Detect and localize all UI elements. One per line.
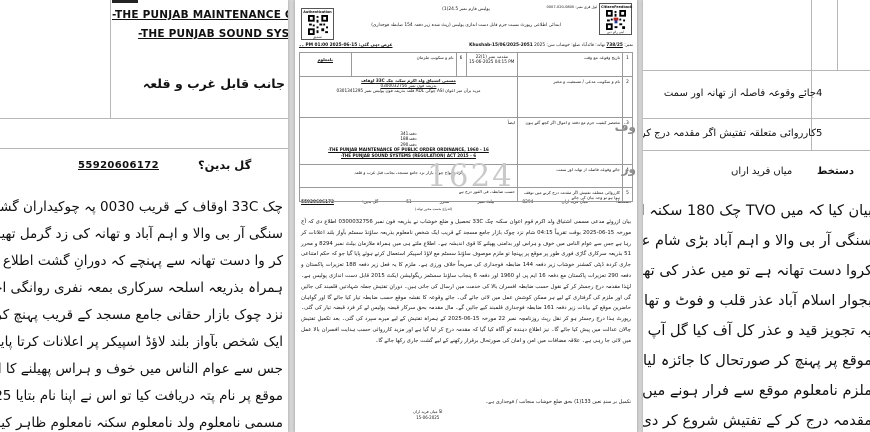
ditto-mark: ایضاً: [508, 120, 515, 125]
citizen-feedback-caption: اپنی رائے دیں: [601, 30, 630, 34]
row-number: 4: [816, 88, 822, 99]
fir-narrative-paragraph: بیان ازروئے مدعی مسمی اشتیاق ولد اکرم قو…: [301, 217, 631, 347]
case-number: 738/25: [606, 43, 623, 48]
investigation-action-label: کارروائی متعلقہ تفتیش اگر مقدمہ درج کرنے…: [643, 128, 816, 139]
officer-name: میاں فرید اراں: [731, 166, 792, 177]
text-line: ہمراہ بذریعہ اسلحہ سرکاری بمعہ نفری روان…: [0, 275, 283, 302]
authentication-qr-icon: [308, 15, 328, 35]
place-of-occurrence-label: جائے وقوعہ فاصلہ از تھانہ اور سمت: [664, 88, 816, 99]
investigation-action-value: حسب ضابطہ، فی الفور درج ہے: [300, 188, 517, 201]
scanned-fir-document-view: { "acts": { "mpo": "-THE PUNJAB MAINTENA…: [0, 0, 870, 432]
center-document-page: Authentication تصدیق ٹول فری نمبر: 0800-…: [295, 0, 637, 432]
text-line: ایک شخص بآواز بلند لاؤڈ اسپیکر پر اعلانا…: [0, 329, 283, 356]
text-line: کروا دست تھانہ ہے تو میں عذر کی تھا کہ ح…: [643, 256, 870, 286]
text-line: بجوار اسلام آباد عذر قلب و فوٹ و تھانہ ر…: [643, 286, 870, 316]
row-label: کارروائی متعلقہ تفتیش اگر مقدمہ درج کرنے…: [517, 188, 622, 201]
row-1: 1 تاریخ وقوعہ مع وقت مقدمہ نمبر (1)22 15…: [467, 53, 633, 76]
right-document-page: 4 جائے وقوعہ فاصلہ از تھانہ اور سمت 5 کا…: [643, 0, 870, 432]
case-header-row: عرض دہی گئی: 15-06-2025 01:00 PM ۔۔ نمبر…: [299, 43, 633, 48]
citizen-feedback-qr-box: CitizenFeedback اپنی رائے دیں: [599, 3, 632, 35]
row-label: جائے وقوعہ فاصلہ از تھانہ اور سمت: [517, 165, 622, 187]
fir-narrative-lines: چک 33C اوقاف کے قریب 0030 پہ چوکیداران گ…: [0, 194, 283, 432]
text-line: کر وا دست تھانہ سے پہنچے کہ دورانِ گشت ا…: [0, 248, 283, 275]
citizen-feedback-qr-icon: [606, 10, 626, 30]
fir-form-table: 1 تاریخ وقوعہ مع وقت مقدمہ نمبر (1)22 15…: [299, 52, 633, 202]
table-row: 3 مختصر کیفیت جرم مع دفعہ و اموال اگر کچ…: [300, 118, 632, 165]
table-row: 4 جائے وقوعہ فاصلہ از تھانہ اور سمت گرد …: [300, 165, 632, 188]
table-row: 1 تاریخ وقوعہ مع وقت مقدمہ نمبر (1)22 15…: [300, 53, 632, 77]
fir-narrative-lines: بیان کیا کہ میں TVO چک 180 سکنہ اشتہاب ک…: [643, 196, 870, 432]
signature-block: میاں فرید اراں SI 15-06-2025: [413, 409, 442, 421]
left-document-page: -THE PUNJAB MAINTENANCE OF PUBLIC ORDER …: [0, 0, 288, 432]
table-row: 5 کارروائی متعلقہ تفتیش اگر مقدمہ درج کر…: [300, 188, 632, 201]
text-line: مقدمہ درج کر کے تفتیش شروع کر دی گئی ہے …: [643, 406, 870, 432]
row-6: 6 نام و سکونتِ ملزمان نامعلوم: [300, 53, 467, 76]
text-line: یہ تجویز قید و عذر کل آف کیا گل آپ نو تج…: [643, 316, 870, 346]
complainant-details: مسمی اشتیاق ولد اکرم سکنہ چک 33C اوقاف ب…: [300, 77, 517, 117]
row-label: نام و سکونتِ ملزمان: [351, 53, 456, 76]
barcode-number: 55920606172: [78, 160, 159, 171]
table-border: [0, 148, 288, 149]
text-line: بیان کیا کہ میں TVO چک 180 سکنہ اشتہاب ک…: [643, 196, 870, 226]
signing-date: 15-06-2025: [413, 415, 442, 421]
row-number: 2: [622, 77, 632, 117]
table-border: [643, 70, 870, 71]
report-datetime-value: 15-06-2025 04:15 PM: [469, 59, 516, 64]
acts-section: -THE PUNJAB MAINTENANCE OF PUBLIC ORDER …: [112, 6, 288, 44]
text-line: موقع پر پہنچ کر صورتحال کا جائزہ لیا گیا…: [643, 346, 870, 376]
footer-note: (اندراج بدستِ محرر تھانہ): [415, 207, 452, 211]
form-number-line: پولیس فارم نمبر 24.5(1): [355, 7, 577, 12]
table-row: 2 نام و سکونت مدعی / مستغیث و مخبر مسمی …: [300, 77, 632, 118]
text-line: سنگی آر بی والا و اہم آباد و تھانہ کی زد…: [0, 221, 283, 248]
place-of-occurrence-value: گرد و نواح چوک بازار نزد جامع مسجد، بجان…: [300, 165, 517, 187]
row-number: 1: [622, 53, 632, 76]
text-line: نزد چوک بازار حقانی جامع مسجد کے قریب پہ…: [0, 302, 283, 329]
citizen-feedback-label: CitizenFeedback: [601, 5, 630, 10]
penal-sections: دفعہ341دفعہ188دفعہ290: [302, 131, 515, 147]
signoff-line: تکمیل بر سندِ تعین 133(1) بحق ضلع خوشاب …: [355, 399, 631, 405]
offence-details: ایضاً دفعہ341دفعہ188دفعہ290 -THE PUNJAB …: [300, 118, 517, 164]
page-bleed-mark: ور: [622, 162, 636, 176]
table-border: [837, 0, 838, 70]
row-number: 6: [456, 53, 466, 76]
table-border: [643, 150, 870, 151]
act-line-mpo: -THE PUNJAB MAINTENANCE OF PUBLIC ORDER …: [302, 147, 515, 153]
authentication-label: Authentication: [303, 10, 332, 15]
form-title-line: ابتدائی اطلاعی رپورٹ نسبت جرم قابل دست ا…: [335, 23, 597, 28]
authentication-qr-box: Authentication تصدیق: [301, 8, 334, 40]
case-ref-id: Khushab-15/06/2025-2051: [469, 43, 533, 48]
accused-unknown-value: نامعلوم: [300, 53, 351, 76]
page-bleed-mark: وف: [615, 120, 636, 134]
row-number: 5: [622, 188, 632, 201]
text-line: موقع پر نام پتہ دریافت کیا تو اس نے اپنا…: [0, 383, 283, 410]
text-line: سنگی آر بی والا و اہم آباد بڑی شام عذر ق…: [643, 226, 870, 256]
row-value: مقدمہ نمبر (1)22 15-06-2025 04:15 PM: [467, 53, 518, 76]
place-of-occurrence-fragment: جانب قابل غرب و قلعہ: [143, 76, 285, 91]
act-line-sound: -THE PUNJAB SOUND SYSTEMS (REGULATION) A…: [302, 153, 515, 159]
table-border: [110, 0, 111, 118]
text-line: چک 33C اوقاف کے قریب 0030 پہ چوکیداران گ…: [0, 194, 283, 221]
row-label: تاریخ وقوعہ مع وقت: [517, 53, 622, 76]
row-label: نام و سکونت مدعی / مستغیث و مخبر: [517, 77, 622, 117]
clerk-name: گل بدین؟: [198, 158, 251, 172]
station-district: تھانہ: قائدآباد ضلع: خوشاب سن: 2025: [534, 43, 605, 48]
complainant-extra: مزید برآں میر اعوان ASI چوکی ADL قلعہ بذ…: [302, 88, 515, 93]
row-number: 5: [816, 128, 822, 139]
row-label: مختصر کیفیت جرم مع دفعہ و اموال اگر کچھ …: [517, 118, 622, 164]
report-datetime: عرض دہی گئی: 15-06-2025 01:00 PM ۔۔: [299, 43, 392, 48]
act-line-sound: -THE PUNJAB SOUND SYSTEMS (REGULATION) A…: [138, 25, 288, 44]
signature-label: دستخط: [817, 166, 854, 177]
authentication-caption: تصدیق: [303, 35, 332, 39]
text-line: مسمی نامعلوم ولد نامعلوم سکنہ نامعلوم ظا…: [0, 410, 283, 432]
case-reference: نمبر: 738/25 تھانہ: قائدآباد ضلع: خوشاب …: [469, 43, 633, 48]
table-border: [0, 118, 288, 119]
case-no-label: نمبر:: [624, 43, 633, 48]
text-line: ملزم نامعلوم موقع سے فرار ہونے میں کامیا…: [643, 376, 870, 406]
act-line-mpo: -THE PUNJAB MAINTENANCE OF PUBLIC ORDER …: [112, 6, 288, 25]
cropped-text-mark: [112, 0, 138, 3]
text-line: جس سے عوام الناس میں خوف و ہراس پھیلنے ک…: [0, 356, 283, 383]
table-border: [643, 118, 870, 119]
